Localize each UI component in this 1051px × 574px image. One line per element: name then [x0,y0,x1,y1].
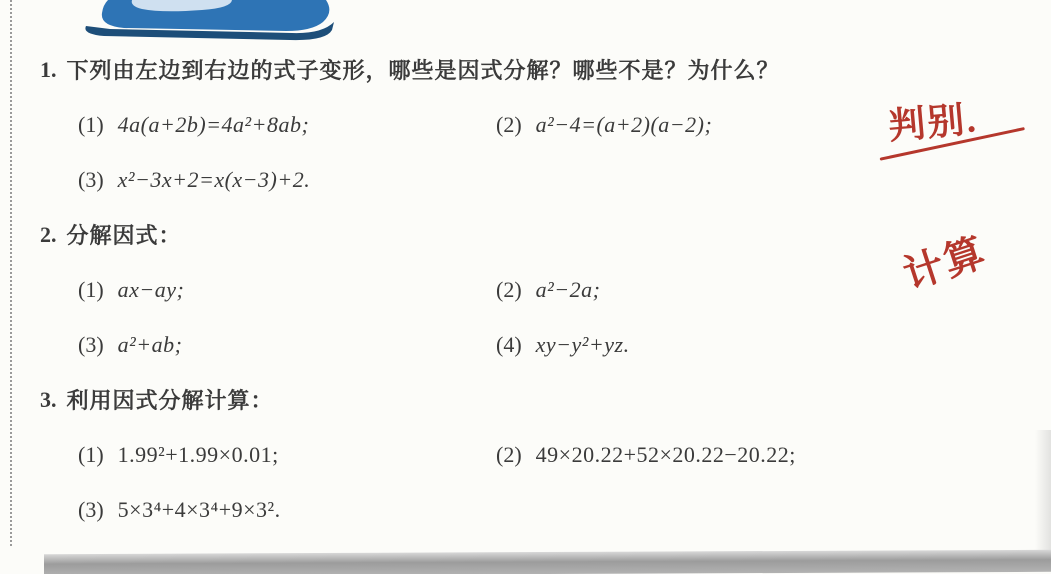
problem-3: 3. 利用因式分解计算： (1) 1.99²+1.99×0.01; (2) 49… [40,372,1031,537]
problem-number: 1. [40,57,57,83]
item-expression: xy−y²+yz. [536,332,630,358]
problem-1: 1. 下列由左边到右边的式子变形，哪些是因式分解？哪些不是？为什么？ (1) 4… [40,42,1031,207]
problem-2: 2. 分解因式： (1) ax−ay; (2) a²−2a; (3) a²+ab… [40,207,1031,372]
exercise-item: (1) ax−ay; [78,277,496,303]
problem-prompt: 利用因式分解计算： [67,384,274,415]
problem-number: 3. [40,387,57,413]
problem-1-prompt-line: 1. 下列由左边到右边的式子变形，哪些是因式分解？哪些不是？为什么？ [40,42,1031,97]
page-right-edge-shadow [1035,430,1051,550]
exercise-item: (2) a²−4=(a+2)(a−2); [496,112,712,138]
item-expression: a²−2a; [536,277,601,303]
problem-3-prompt-line: 3. 利用因式分解计算： [40,372,1031,427]
problem-2-prompt-line: 2. 分解因式： [40,207,1031,262]
item-expression: x²−3x+2=x(x−3)+2. [118,167,311,193]
item-expression: 49×20.22+52×20.22−20.22; [536,442,796,468]
ribbon-icon [80,0,345,46]
item-expression: 1.99²+1.99×0.01; [118,442,279,468]
item-label: (1) [78,277,104,303]
problem-prompt: 分解因式： [67,219,182,250]
item-expression: 5×3⁴+4×3⁴+9×3². [118,497,281,523]
page-bottom-shadow [44,550,1051,574]
exercise-content: 1. 下列由左边到右边的式子变形，哪些是因式分解？哪些不是？为什么？ (1) 4… [40,42,1031,537]
item-label: (2) [496,277,522,303]
item-expression: a²+ab; [118,332,183,358]
problem-2-row-2: (3) a²+ab; (4) xy−y²+yz. [40,317,1031,372]
exercise-item: (2) 49×20.22+52×20.22−20.22; [496,442,796,468]
handwritten-annotation-panbie: 判别. [886,88,980,150]
exercise-item: (3) a²+ab; [78,332,496,358]
item-expression: a²−4=(a+2)(a−2); [536,112,713,138]
item-label: (3) [78,167,104,193]
exercise-item: (3) x²−3x+2=x(x−3)+2. [78,167,496,193]
item-expression: 4a(a+2b)=4a²+8ab; [118,112,310,138]
exercise-item: (2) a²−2a; [496,277,600,303]
item-label: (3) [78,497,104,523]
problem-prompt: 下列由左边到右边的式子变形，哪些是因式分解？哪些不是？为什么？ [67,54,780,85]
exercise-item: (1) 1.99²+1.99×0.01; [78,442,496,468]
page-perforation-edge [10,0,12,546]
problem-2-row-1: (1) ax−ay; (2) a²−2a; [40,262,1031,317]
problem-number: 2. [40,222,57,248]
item-label: (2) [496,442,522,468]
exercise-item: (3) 5×3⁴+4×3⁴+9×3². [78,497,496,523]
problem-3-row-1: (1) 1.99²+1.99×0.01; (2) 49×20.22+52×20.… [40,427,1031,482]
item-label: (1) [78,112,104,138]
item-label: (1) [78,442,104,468]
problem-3-row-2: (3) 5×3⁴+4×3⁴+9×3². [40,482,1031,537]
item-label: (4) [496,332,522,358]
exercise-item: (1) 4a(a+2b)=4a²+8ab; [78,112,496,138]
section-ribbon-banner [80,0,345,46]
item-label: (2) [496,112,522,138]
item-expression: ax−ay; [118,277,185,303]
textbook-page: 1. 下列由左边到右边的式子变形，哪些是因式分解？哪些不是？为什么？ (1) 4… [0,0,1051,574]
problem-1-row-1: (1) 4a(a+2b)=4a²+8ab; (2) a²−4=(a+2)(a−2… [40,97,1031,152]
item-label: (3) [78,332,104,358]
exercise-item: (4) xy−y²+yz. [496,332,630,358]
